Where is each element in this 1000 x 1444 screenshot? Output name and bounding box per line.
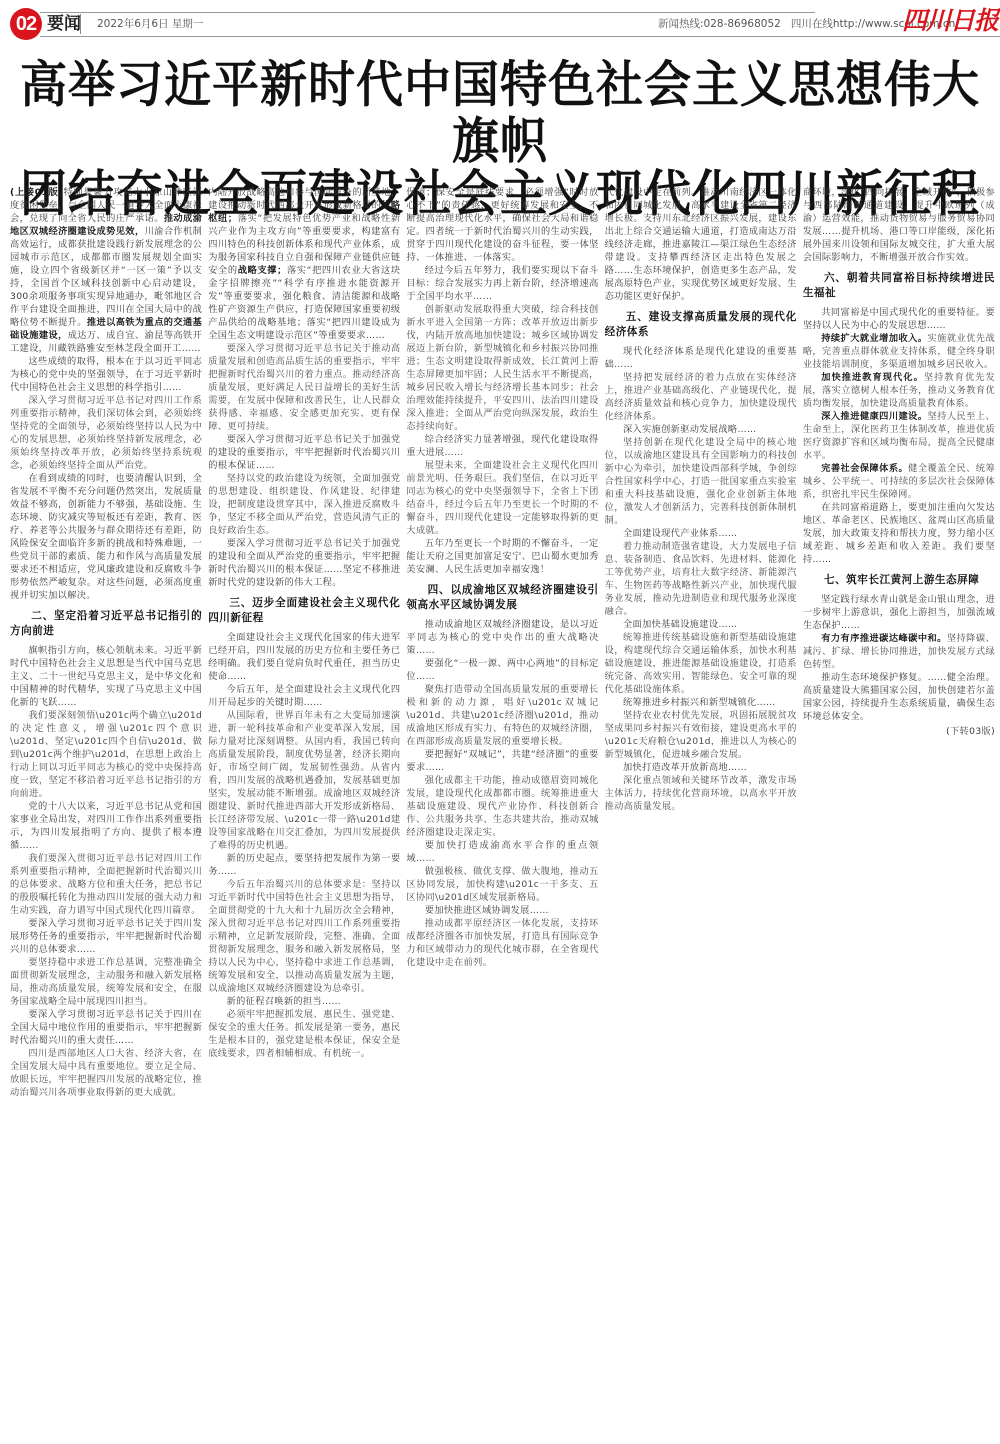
paragraph: 从国际看，世界百年未有之大变局加速演进，新一轮科技革命和产业变革深入发展，国际力… bbox=[208, 709, 400, 852]
paragraph: 统筹推进乡村振兴和新型城镇化…… bbox=[605, 696, 797, 709]
paragraph-text: 落实“把四川农业大省这块金字招牌擦亮”“科学有序推进水能资源开发”等重要要求，强… bbox=[208, 265, 400, 341]
paragraph: 共同富裕是中国式现代化的重要特征。要坚持以人民为中心的发展思想…… bbox=[803, 306, 995, 332]
section-divider bbox=[80, 14, 81, 34]
paragraph: 我们要深入贯彻习近平总书记对四川工作系列重要指示精神，全面把握新时代治蜀兴川的总… bbox=[10, 852, 202, 917]
paragraph: 坚持农业农村优先发展，巩固拓展脱贫攻坚成果同乡村振兴有效衔接，建设更高水平的\u… bbox=[605, 709, 797, 761]
paragraph: 代化建设中走在前列。推动川南经济区一体化和内自同城化发展，高水平建设全省第二经济… bbox=[605, 186, 797, 303]
paragraph: 商环境，深化“四向拓展、全域开放”，积极参与西部陆海新通道建设，提升中欧班列（成… bbox=[803, 186, 995, 264]
paragraph: 有力有序推进碳达峰碳中和。坚持降碳、减污、扩绿、增长协同推进，加快发展方式绿色转… bbox=[803, 632, 995, 671]
paragraph: 今后五年治蜀兴川的总体要求是：坚持以习近平新时代中国特色社会主义思想为指导，全面… bbox=[208, 878, 400, 995]
issue-date: 2022年6月6日 星期一 bbox=[97, 17, 203, 31]
paragraph: 坚定践行绿水青山就是金山银山理念，进一步树牢上游意识，强化上游担当，加强流域生态… bbox=[803, 593, 995, 632]
paragraph-text: 内陆开放战略高地和参与国际竞争的新基地，建设推动新时代西部大开发形成新格局的 bbox=[208, 187, 400, 211]
paragraph: 推动成渝地区双城经济圈建设，是以习近平同志为核心的党中央作出的重大战略决策…… bbox=[406, 618, 598, 657]
paragraph: 要把握好“双城记”，共建“经济圈”的重要要求…… bbox=[406, 748, 598, 774]
paragraph: 必须牢牢把握抓发展、惠民生、强党建、保安全的重大任务。抓发展是第一要务，惠民生是… bbox=[208, 1008, 400, 1060]
article-column-4: 代化建设中走在前列。推动川南经济区一体化和内自同城化发展，高水平建设全省第二经济… bbox=[605, 186, 797, 1430]
paragraph: 全面建设社会主义现代化国家的伟大进军已经开启，四川发展的历史方位和主要任务已经明… bbox=[208, 631, 400, 683]
paragraph: 深入实施创新驱动发展战略…… bbox=[605, 423, 797, 436]
article-body: (上接01版)特别是聚力攻克大小凉山彝区深度贫困堡垒，与全国人民一道步入全面小康… bbox=[10, 186, 995, 1430]
paragraph: 党的十八大以来，习近平总书记从党和国家事业全局出发，对四川工作作出系列重要指示，… bbox=[10, 800, 202, 852]
paragraph: 这些成绩的取得，根本在于以习近平同志为核心的党中央的坚强领导，在于习近平新时代中… bbox=[10, 355, 202, 394]
paragraph: 五年乃至更长一个时期的不懈奋斗，一定能让天府之国更加富足安宁、巴山蜀水更加秀美安… bbox=[406, 537, 598, 576]
continued-on-label: (下转03版) bbox=[803, 725, 995, 738]
paragraph: 经过今后五年努力，我们要实现以下奋斗目标：综合发展实力再上新台阶，经济增速高于全… bbox=[406, 264, 598, 303]
paragraph: 完善社会保障体系。健全覆盖全民、统筹城乡、公平统一、可持续的多层次社会保障体系，… bbox=[803, 462, 995, 501]
section-heading-3: 三、迈步全面建设社会主义现代化四川新征程 bbox=[208, 596, 400, 626]
paragraph: 要深入学习贯彻习近平总书记关于加强党的建设的重要指示，牢牢把握新时代治蜀兴川的根… bbox=[208, 433, 400, 472]
paragraph: 坚持创新在现代化建设全局中的核心地位，以成渝地区建设具有全国影响力的科技创新中心… bbox=[605, 436, 797, 527]
paragraph: 保障；保安全是底线要求，必须增强“时时放心不下”的责任感，更好统筹发展和安全，不… bbox=[406, 186, 598, 264]
paragraph: 做强极核、做优支撑、做大腹地，推动五区协同发展，加快构建\u201c一干多支、五… bbox=[406, 865, 598, 904]
article-column-2: 内陆开放战略高地和参与国际竞争的新基地，建设推动新时代西部大开发形成新格局的战略… bbox=[208, 186, 400, 1430]
paragraph: 加快打造改革开放新高地…… bbox=[605, 761, 797, 774]
article-column-1: (上接01版)特别是聚力攻克大小凉山彝区深度贫困堡垒，与全国人民一道步入全面小康… bbox=[10, 186, 202, 1430]
paragraph: 坚持把发展经济的着力点放在实体经济上，推进产业基础高级化、产业链现代化，提高经济… bbox=[605, 371, 797, 423]
paragraph: 内陆开放战略高地和参与国际竞争的新基地，建设推动新时代西部大开发形成新格局的战略… bbox=[208, 186, 400, 342]
paragraph: 综合经济实力显著增强，现代化建设取得重大进展…… bbox=[406, 433, 598, 459]
paragraph: 要强化“一极一源、两中心两地”的目标定位…… bbox=[406, 657, 598, 683]
paragraph: 我们要深刻领悟\u201c两个确立\u201d的决定性意义，增强\u201c四个… bbox=[10, 709, 202, 800]
section-heading-5: 五、建设支撑高质量发展的现代化经济体系 bbox=[605, 310, 797, 340]
paragraph: 持续扩大就业增加收入。实施就业优先战略，完善重点群体就业支持体系，健全终身职业技… bbox=[803, 332, 995, 371]
paragraph: 新的征程召唤新的担当…… bbox=[208, 995, 400, 1008]
news-hotline: 新闻热线:028-86968052 bbox=[658, 18, 781, 30]
paragraph: 强化成都主干功能，推动成德眉资同城化发展，建设现代化成都都市圈。统筹推进重大基础… bbox=[406, 774, 598, 839]
article-column-5: 商环境，深化“四向拓展、全域开放”，积极参与西部陆海新通道建设，提升中欧班列（成… bbox=[803, 186, 995, 1430]
paragraph: 要深入学习贯彻习近平总书记关于四川发展形势任务的重要指示，牢牢把握新时代治蜀兴川… bbox=[10, 917, 202, 956]
paragraph: 今后五年，是全面建设社会主义现代化四川开局起步的关键时期…… bbox=[208, 683, 400, 709]
paragraph: 在看到成绩的同时，也要清醒认识到，全省发展不平衡不充分问题仍然突出，发展质量效益… bbox=[10, 472, 202, 602]
page-number-badge: 02 bbox=[10, 8, 42, 40]
paragraph: 深化重点领域和关键环节改革，激发市场主体活力，持续优化营商环境，以高水平开放推动… bbox=[605, 774, 797, 813]
top-rule bbox=[40, 12, 815, 13]
section-heading-2: 二、坚定沿着习近平总书记指引的方向前进 bbox=[10, 609, 202, 639]
section-heading-4: 四、以成渝地区双城经济圈建设引领高水平区域协调发展 bbox=[406, 583, 598, 613]
paragraph: 展望未来，全面建设社会主义现代化四川前景光明、任务艰巨。我们坚信，在以习近平同志… bbox=[406, 459, 598, 537]
paragraph: 推动生态环境保护修复。……健全治理。高质量建设大熊猫国家公园，加快创建若尔盖国家… bbox=[803, 671, 995, 723]
emphasis-text: 完善社会保障体系。 bbox=[821, 463, 908, 474]
emphasis-text: 深入推进健康四川建设。 bbox=[821, 411, 927, 422]
paragraph: 深入学习贯彻习近平总书记对四川工作系列重要指示精神，我们深切体会到，必须始终坚持… bbox=[10, 394, 202, 472]
section-heading-7: 七、筑牢长江黄河上游生态屏障 bbox=[803, 573, 995, 588]
paragraph: 新的历史起点，要坚持把发展作为第一要务…… bbox=[208, 852, 400, 878]
paragraph: 要深入学习贯彻习近平总书记关于加强党的建设和全面从严治党的重要指示，牢牢把握新时… bbox=[208, 537, 400, 589]
paragraph: 坚持以党的政治建设为统领，全面加强党的思想建设、组织建设、作风建设、纪律建设，把… bbox=[208, 472, 400, 537]
paragraph-text: 川渝合作机制高效运行，成都获批建设践行新发展理念的公园城市示范区，成都都市圈发展… bbox=[10, 226, 202, 328]
paragraph: 着力推动制造强省建设，大力发展电子信息、装备制造、食品饮料、先进材料、能源化工等… bbox=[605, 540, 797, 618]
article-column-3: 保障；保安全是底线要求，必须增强“时时放心不下”的责任感，更好统筹发展和安全，不… bbox=[406, 186, 598, 1430]
paragraph: 旗帜指引方向，核心领航未来。习近平新时代中国特色社会主义思想是当代中国马克思主义… bbox=[10, 644, 202, 709]
paragraph: 加快推进教育现代化。坚持教育优先发展，落实立德树人根本任务，推动义务教育优质均衡… bbox=[803, 371, 995, 410]
paragraph: 要深入学习贯彻习近平总书记关于推动高质量发展和创造高品质生活的重要指示，牢牢把握… bbox=[208, 342, 400, 433]
paragraph: 深入推进健康四川建设。坚持人民至上、生命至上，深化医药卫生体制改革，推进优质医疗… bbox=[803, 410, 995, 462]
masthead: 02 要闻 2022年6月6日 星期一 新闻热线:028-86968052 四川… bbox=[0, 0, 1000, 46]
paragraph: 四川是西部地区人口大省、经济大省，在全国发展大局中具有重要地位。要立足全局、放眼… bbox=[10, 1047, 202, 1099]
paragraph: 推动成都平原经济区一体化发展，支持环成都经济圈各市加快发展，打造具有国际竞争力和… bbox=[406, 917, 598, 969]
paragraph: 要加快打造成渝高水平合作的重点领域…… bbox=[406, 839, 598, 865]
paragraph: 要深入学习贯彻习近平总书记关于四川在全国大局中地位作用的重要指示，牢牢把握新时代… bbox=[10, 1008, 202, 1047]
paragraph: 全面建设现代产业体系…… bbox=[605, 527, 797, 540]
emphasis-text: 有力有序推进碳达峰碳中和。 bbox=[821, 633, 947, 644]
emphasis-text: 加快推进教育现代化。 bbox=[821, 372, 924, 383]
newspaper-logo: 四川日报 bbox=[902, 4, 998, 38]
paragraph: 现代化经济体系是现代化建设的重要基础…… bbox=[605, 345, 797, 371]
paragraph: 要坚持稳中求进工作总基调，完整准确全面贯彻新发展理念，主动服务和融入新发展格局，… bbox=[10, 956, 202, 1008]
emphasis-text: 持续扩大就业增加收入。 bbox=[821, 333, 927, 344]
paragraph: 全面加快基础设施建设…… bbox=[605, 618, 797, 631]
headline-line-1: 高举习近平新时代中国特色社会主义思想伟大旗帜 bbox=[0, 57, 1000, 170]
section-name: 要闻 bbox=[47, 13, 81, 35]
emphasis-text: 战略支撑； bbox=[238, 265, 287, 276]
paragraph: 创新驱动发展取得重大突破，综合科技创新水平进入全国第一方阵；改革开放迈出新步伐，… bbox=[406, 303, 598, 433]
paragraph: 要加快推进区域协调发展…… bbox=[406, 904, 598, 917]
paragraph: 在共同富裕道路上，要更加注重向欠发达地区、革命老区、民族地区、盆周山区高质量发展… bbox=[803, 501, 995, 566]
paragraph: 统筹推进传统基础设施和新型基础设施建设，构建现代综合交通运输体系，加快水利基础设… bbox=[605, 631, 797, 696]
paragraph: (上接01版)特别是聚力攻克大小凉山彝区深度贫困堡垒，与全国人民一道步入全面小康… bbox=[10, 186, 202, 355]
bottom-rule bbox=[40, 36, 1000, 37]
paragraph: 聚焦打造带动全国高质量发展的重要增长极和新的动力源，唱好\u201c双城记\u2… bbox=[406, 683, 598, 748]
continued-from-label: (上接01版) bbox=[10, 187, 63, 198]
section-heading-6: 六、朝着共同富裕目标持续增进民生福祉 bbox=[803, 271, 995, 301]
